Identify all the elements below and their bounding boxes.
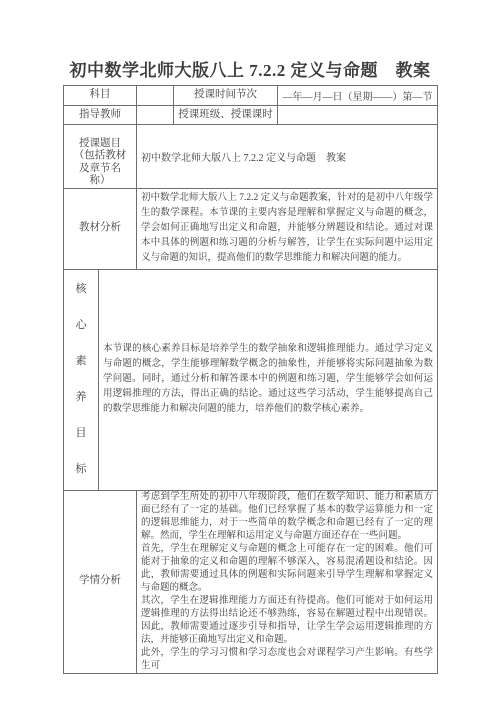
core-goals-char: 标 [76, 464, 87, 475]
teacher-label-cell: 指导教师 [64, 106, 137, 125]
time-value-cell: —年—月—日（星期——）第—节 [278, 86, 438, 106]
learner-analysis-paragraph: 首先，学生在理解定义与命题的概念上可能存在一定的困难。他们可能对于抽象的定义和命… [141, 543, 433, 595]
core-goals-label-cell: 核 心 素 养 目 标 [64, 269, 99, 490]
time-value: —年—月—日（星期——）第—节 [283, 92, 433, 103]
teacher-label: 指导教师 [79, 109, 121, 120]
material-analysis-content: 初中数学北师大版八上 7.2.2 定义与命题教案，针对的是初中八年级学生的数学课… [141, 193, 433, 263]
core-goals-vertical-label: 核 心 素 养 目 标 [68, 284, 94, 476]
material-analysis-label: 教材分析 [79, 222, 121, 233]
table-row-material-analysis: 教材分析 初中数学北师大版八上 7.2.2 定义与命题教案，针对的是初中八年级学… [64, 188, 438, 269]
subject-label-cell: 科目 [64, 86, 137, 106]
table-row-subject: 科目 授课时间节次 —年—月—日（星期——）第—节 [64, 86, 438, 106]
table-row-teacher: 指导教师 授课班级、授课课时 [64, 106, 438, 125]
document-page: 初中数学北师大版八上 7.2.2 定义与命题 教案 科目 授课时间节次 —年—月… [0, 0, 500, 707]
learner-content-cell: 考虑到学生所处的初中八年级阶段，他们在数学知识、能力和素质方面已经有了一定的基础… [137, 490, 438, 673]
class-label: 授课班级、授课课时 [178, 109, 273, 120]
subject-label: 科目 [90, 89, 111, 100]
topic-label: 授课题目 （包括教材 及章节名 称） [74, 138, 127, 187]
document-title: 初中数学北师大版八上 7.2.2 定义与命题 教案 [0, 56, 500, 81]
class-value-cell [278, 106, 438, 125]
learner-label-cell: 学情分析 [64, 490, 137, 673]
core-goals-char: 养 [76, 392, 87, 403]
time-label: 授课时间节次 [194, 89, 257, 100]
table-row-learner-analysis: 学情分析 考虑到学生所处的初中八年级阶段，他们在数学知识、能力和素质方面已经有了… [64, 490, 438, 673]
subject-value-cell [137, 86, 174, 106]
core-goals-content-cell: 本节课的核心素养目标是培养学生的数学抽象和逻辑推理能力。通过学习定义与命题的概念… [99, 269, 438, 490]
teacher-value-cell [137, 106, 174, 125]
core-goals-char: 素 [76, 356, 87, 367]
class-label-cell: 授课班级、授课课时 [174, 106, 278, 125]
topic-content: 初中数学北师大版八上 7.2.2 定义与命题 教案 [141, 153, 346, 164]
learner-analysis-paragraph: 考虑到学生所处的初中八年级阶段，他们在数学知识、能力和素质方面已经有了一定的基础… [141, 491, 433, 543]
topic-content-cell: 初中数学北师大版八上 7.2.2 定义与命题 教案 [137, 125, 438, 189]
core-goals-content: 本节课的核心素养目标是培养学生的数学抽象和逻辑推理能力。通过学习定义与命题的概念… [103, 344, 433, 414]
time-label-cell: 授课时间节次 [174, 86, 278, 106]
learner-analysis-label: 学情分析 [79, 575, 121, 586]
learner-analysis-paragraph: 此外，学生的学习习惯和学习态度也会对课程学习产生影响。有些学生可 [141, 647, 433, 673]
learner-analysis-paragraph: 其次，学生在逻辑推理能力方面还有待提高。他们可能对于如何运用逻辑推理的方法得出结… [141, 595, 433, 647]
core-goals-char: 目 [76, 428, 87, 439]
lesson-plan-table: 科目 授课时间节次 —年—月—日（星期——）第—节 指导教师 授课班级、授课课时 [63, 85, 438, 674]
core-goals-char: 核 [76, 284, 87, 295]
core-goals-char: 心 [76, 320, 87, 331]
material-content-cell: 初中数学北师大版八上 7.2.2 定义与命题教案，针对的是初中八年级学生的数学课… [137, 188, 438, 269]
material-label-cell: 教材分析 [64, 188, 137, 269]
table-row-core-goals: 核 心 素 养 目 标 本节课的核心素养目标是培养学生的数学抽象和逻辑推理能力。… [64, 269, 438, 490]
topic-label-cell: 授课题目 （包括教材 及章节名 称） [64, 125, 137, 189]
table-row-topic: 授课题目 （包括教材 及章节名 称） 初中数学北师大版八上 7.2.2 定义与命… [64, 125, 438, 189]
